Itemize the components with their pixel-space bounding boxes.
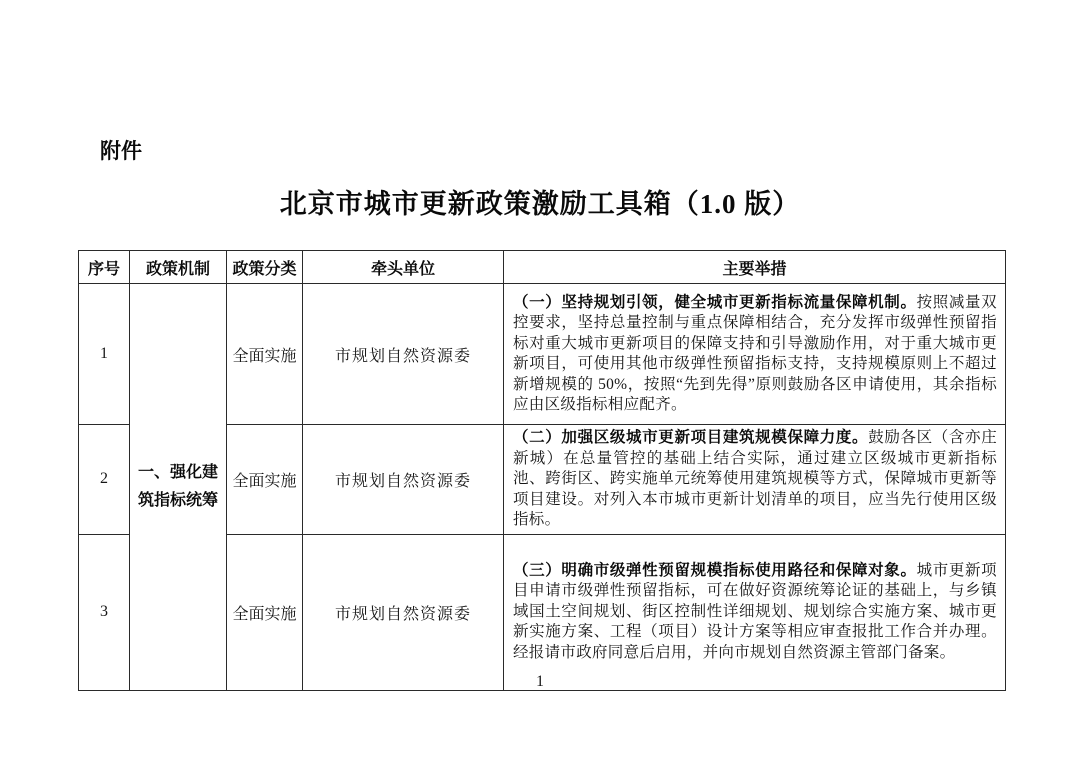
page-number: 1 [0, 673, 1080, 691]
cell-serial-number: 3 [79, 534, 130, 690]
measure-heading: （二）加强区级城市更新项目建筑规模保障力度。 [513, 429, 868, 446]
attachment-label: 附件 [100, 135, 142, 165]
header-main-measures: 主要举措 [504, 251, 1006, 284]
cell-policy-category: 全面实施 [227, 284, 303, 425]
cell-policy-category: 全面实施 [227, 425, 303, 535]
header-policy-category: 政策分类 [227, 251, 303, 284]
header-lead-unit: 牵头单位 [303, 251, 504, 284]
header-policy-mechanism: 政策机制 [130, 251, 227, 284]
table-row: 1 一、强化建筑指标统筹 全面实施 市规划自然资源委 （一）坚持规划引领，健全城… [79, 284, 1006, 425]
cell-policy-mechanism: 一、强化建筑指标统筹 [130, 284, 227, 691]
cell-main-measure: （二）加强区级城市更新项目建筑规模保障力度。鼓励各区（含亦庄新城）在总量管控的基… [504, 425, 1006, 535]
header-serial-number: 序号 [79, 251, 130, 284]
table-header-row: 序号 政策机制 政策分类 牵头单位 主要举措 [79, 251, 1006, 284]
cell-lead-unit: 市规划自然资源委 [303, 534, 504, 690]
cell-main-measure: （三）明确市级弹性预留规模指标使用路径和保障对象。城市更新项目申请市级弹性预留指… [504, 534, 1006, 690]
cell-policy-category: 全面实施 [227, 534, 303, 690]
measure-heading: （一）坚持规划引领，健全城市更新指标流量保障机制。 [513, 294, 917, 311]
cell-serial-number: 1 [79, 284, 130, 425]
policy-table: 序号 政策机制 政策分类 牵头单位 主要举措 1 一、强化建筑指标统筹 全面实施… [78, 250, 1006, 691]
cell-serial-number: 2 [79, 425, 130, 535]
document-page: 附件 北京市城市更新政策激励工具箱（1.0 版） 序号 政策机制 政策分类 牵头… [0, 0, 1080, 763]
measure-heading: （三）明确市级弹性预留规模指标使用路径和保障对象。 [513, 562, 917, 579]
cell-main-measure: （一）坚持规划引领，健全城市更新指标流量保障机制。按照减量双控要求，坚持总量控制… [504, 284, 1006, 425]
measure-text: 按照减量双控要求，坚持总量控制与重点保障相结合，充分发挥市级弹性预留指标对重大城… [513, 294, 997, 414]
cell-lead-unit: 市规划自然资源委 [303, 425, 504, 535]
document-title: 北京市城市更新政策激励工具箱（1.0 版） [0, 182, 1080, 221]
cell-lead-unit: 市规划自然资源委 [303, 284, 504, 425]
